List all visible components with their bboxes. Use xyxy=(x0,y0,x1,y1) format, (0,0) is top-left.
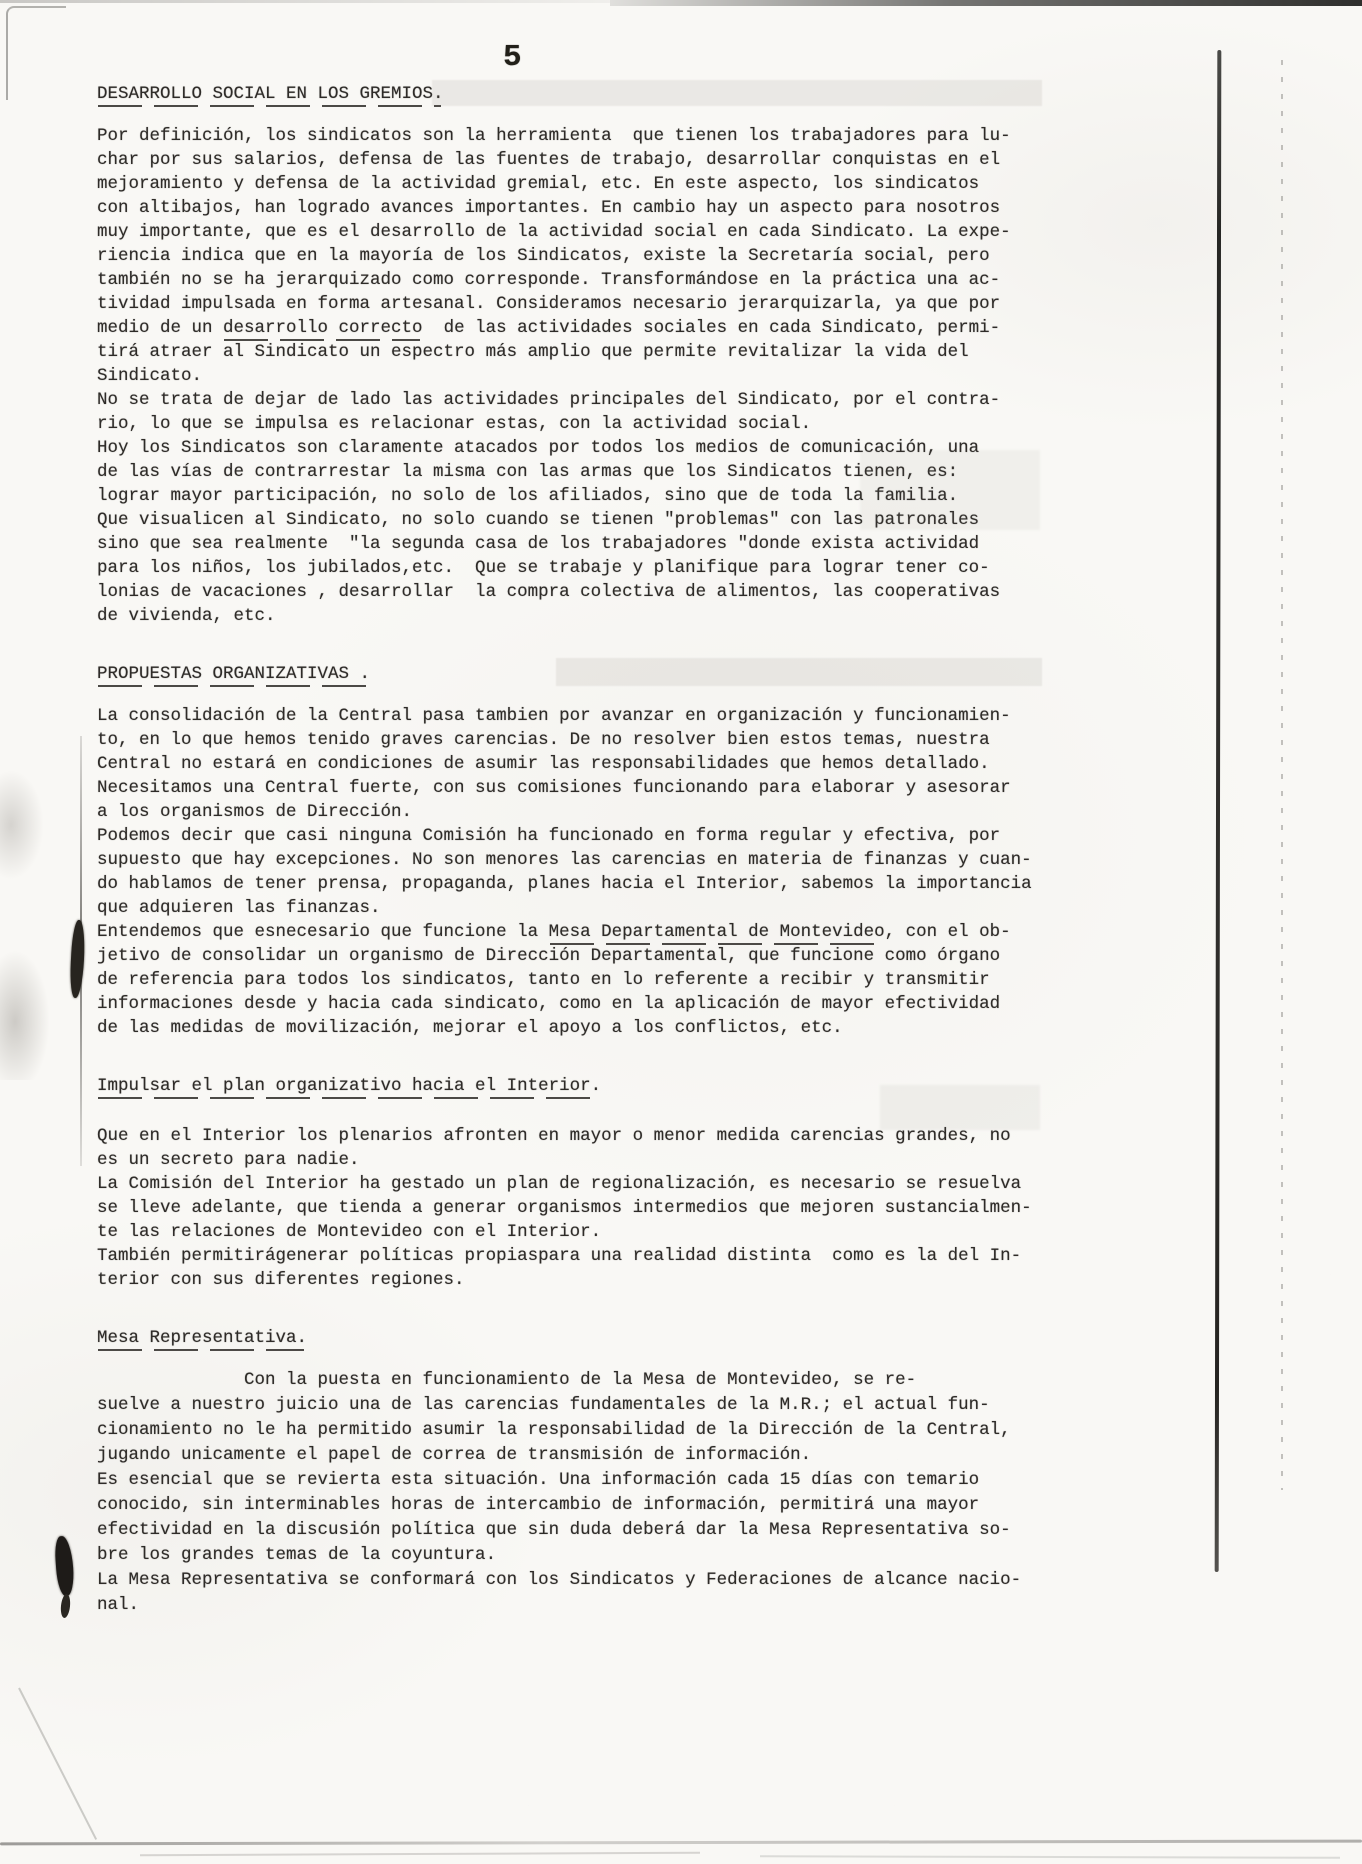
text-line: de las vías de contrarrestar la misma co… xyxy=(97,460,1047,484)
text-line: conocido, sin interminables horas de int… xyxy=(97,1493,1047,1518)
text-line: La consolidación de la Central pasa tamb… xyxy=(97,704,1047,728)
text-line: Que visualicen al Sindicato, no solo cua… xyxy=(97,508,1047,532)
section-desarrollo-social: DESARROLLO SOCIAL EN LOS GREMIOS.Por def… xyxy=(97,82,1047,628)
text-line: lograr mayor participación, no solo de l… xyxy=(97,484,1047,508)
text-line: medio de un desarrollo correcto de las a… xyxy=(97,316,1047,340)
section-propuestas-organizativas: PROPUESTAS ORGANIZATIVAS .La consolidaci… xyxy=(97,662,1047,1040)
text-line: Que en el Interior los plenarios afronte… xyxy=(97,1124,1047,1148)
text-line: efectividad en la discusión política que… xyxy=(97,1518,1047,1543)
text-line: No se trata de dejar de lado las activid… xyxy=(97,388,1047,412)
ink-blob-upper xyxy=(69,920,86,999)
scan-edge-bottom-3 xyxy=(760,1855,1340,1859)
text-line: Con la puesta en funcionamiento de la Me… xyxy=(97,1368,1047,1393)
text-line: terior con sus diferentes regiones. xyxy=(97,1268,1047,1292)
text-line: jetivo de consolidar un organismo de Dir… xyxy=(97,944,1047,968)
text-line: se lleve adelante, que tienda a generar … xyxy=(97,1196,1047,1220)
text-line: de referencia para todos los sindicatos,… xyxy=(97,968,1047,992)
text-line: char por sus salarios, defensa de las fu… xyxy=(97,148,1047,172)
text-line: nal. xyxy=(97,1593,1047,1618)
text-line: Hoy los Sindicatos son claramente atacad… xyxy=(97,436,1047,460)
section-plan-interior: Impulsar el plan organizativo hacia el I… xyxy=(97,1074,1047,1292)
text-line: mejoramiento y defensa de la actividad g… xyxy=(97,172,1047,196)
text-line: bre los grandes temas de la coyuntura. xyxy=(97,1543,1047,1568)
text-line: Necesitamos una Central fuerte, con sus … xyxy=(97,776,1047,800)
section-heading: DESARROLLO SOCIAL EN LOS GREMIOS. xyxy=(97,82,1047,106)
page-number: 5 xyxy=(503,40,523,75)
text-line: Es esencial que se revierta esta situaci… xyxy=(97,1468,1047,1493)
section-heading: Mesa Representativa. xyxy=(97,1326,1047,1350)
scan-edge-bottom-2 xyxy=(140,1852,700,1856)
text-line: a los organismos de Dirección. xyxy=(97,800,1047,824)
text-line: es un secreto para nadie. xyxy=(97,1148,1047,1172)
text-line: Por definición, los sindicatos son la he… xyxy=(97,124,1047,148)
text-line: Entendemos que esnecesario que funcione … xyxy=(97,920,1047,944)
document-body: DESARROLLO SOCIAL EN LOS GREMIOS.Por def… xyxy=(97,82,1047,1618)
section-heading: Impulsar el plan organizativo hacia el I… xyxy=(97,1074,1047,1098)
text-line: jugando unicamente el papel de correa de… xyxy=(97,1443,1047,1468)
text-line: también no se ha jerarquizado como corre… xyxy=(97,268,1047,292)
text-line: tirá atraer al Sindicato un espectro más… xyxy=(97,340,1047,364)
text-line: La Comisión del Interior ha gestado un p… xyxy=(97,1172,1047,1196)
scan-edge-top-left xyxy=(0,0,610,3)
scan-edge-bottom-1 xyxy=(0,1840,1362,1846)
text-line: La Mesa Representativa se conformará con… xyxy=(97,1568,1047,1593)
text-line: Sindicato. xyxy=(97,364,1047,388)
crease-line-left xyxy=(80,736,82,1166)
text-line: sino que sea realmente "la segunda casa … xyxy=(97,532,1047,556)
text-line: riencia indica que en la mayoría de los … xyxy=(97,244,1047,268)
text-line: tividad impulsada en forma artesanal. Co… xyxy=(97,292,1047,316)
text-line: También permitirágenerar políticas propi… xyxy=(97,1244,1047,1268)
text-line: supuesto que hay excepciones. No son men… xyxy=(97,848,1047,872)
text-line: informaciones desde y hacia cada sindica… xyxy=(97,992,1047,1016)
text-line: suelve a nuestro juicio una de las caren… xyxy=(97,1393,1047,1418)
text-line: de las medidas de movilización, mejorar … xyxy=(97,1016,1047,1040)
text-line: cionamiento no le ha permitido asumir la… xyxy=(97,1418,1047,1443)
text-line: con altibajos, han logrado avances impor… xyxy=(97,196,1047,220)
text-line: to, en lo que hemos tenido graves carenc… xyxy=(97,728,1047,752)
text-line: que adquieren las finanzas. xyxy=(97,896,1047,920)
crease-diagonal-bottom-left xyxy=(18,1688,97,1840)
section-heading: PROPUESTAS ORGANIZATIVAS . xyxy=(97,662,1047,686)
text-line: te las relaciones de Montevideo con el I… xyxy=(97,1220,1047,1244)
scanned-document-page: 5 DESARROLLO SOCIAL EN LOS GREMIOS.Por d… xyxy=(0,0,1362,1864)
text-line: rio, lo que se impulsa es relacionar est… xyxy=(97,412,1047,436)
text-line: para los niños, los jubilados,etc. Que s… xyxy=(97,556,1047,580)
ink-blob-lower-drip xyxy=(60,1594,71,1619)
binding-line-right xyxy=(1215,50,1222,1572)
text-line: lonias de vacaciones , desarrollar la co… xyxy=(97,580,1047,604)
text-line: muy importante, que es el desarrollo de … xyxy=(97,220,1047,244)
fold-line-right xyxy=(1281,60,1283,1490)
text-line: Podemos decir que casi ninguna Comisión … xyxy=(97,824,1047,848)
text-line: do hablamos de tener prensa, propaganda,… xyxy=(97,872,1047,896)
scan-corner-mark xyxy=(6,6,66,100)
section-mesa-representativa: Mesa Representativa. Con la puesta en fu… xyxy=(97,1326,1047,1618)
smudge-left-margin-1 xyxy=(0,770,44,880)
scan-edge-top-right xyxy=(610,0,1362,6)
ink-blob-lower xyxy=(54,1535,75,1596)
text-line: de vivienda, etc. xyxy=(97,604,1047,628)
text-line: Central no estará en condiciones de asum… xyxy=(97,752,1047,776)
smudge-left-margin-2 xyxy=(0,950,50,1080)
